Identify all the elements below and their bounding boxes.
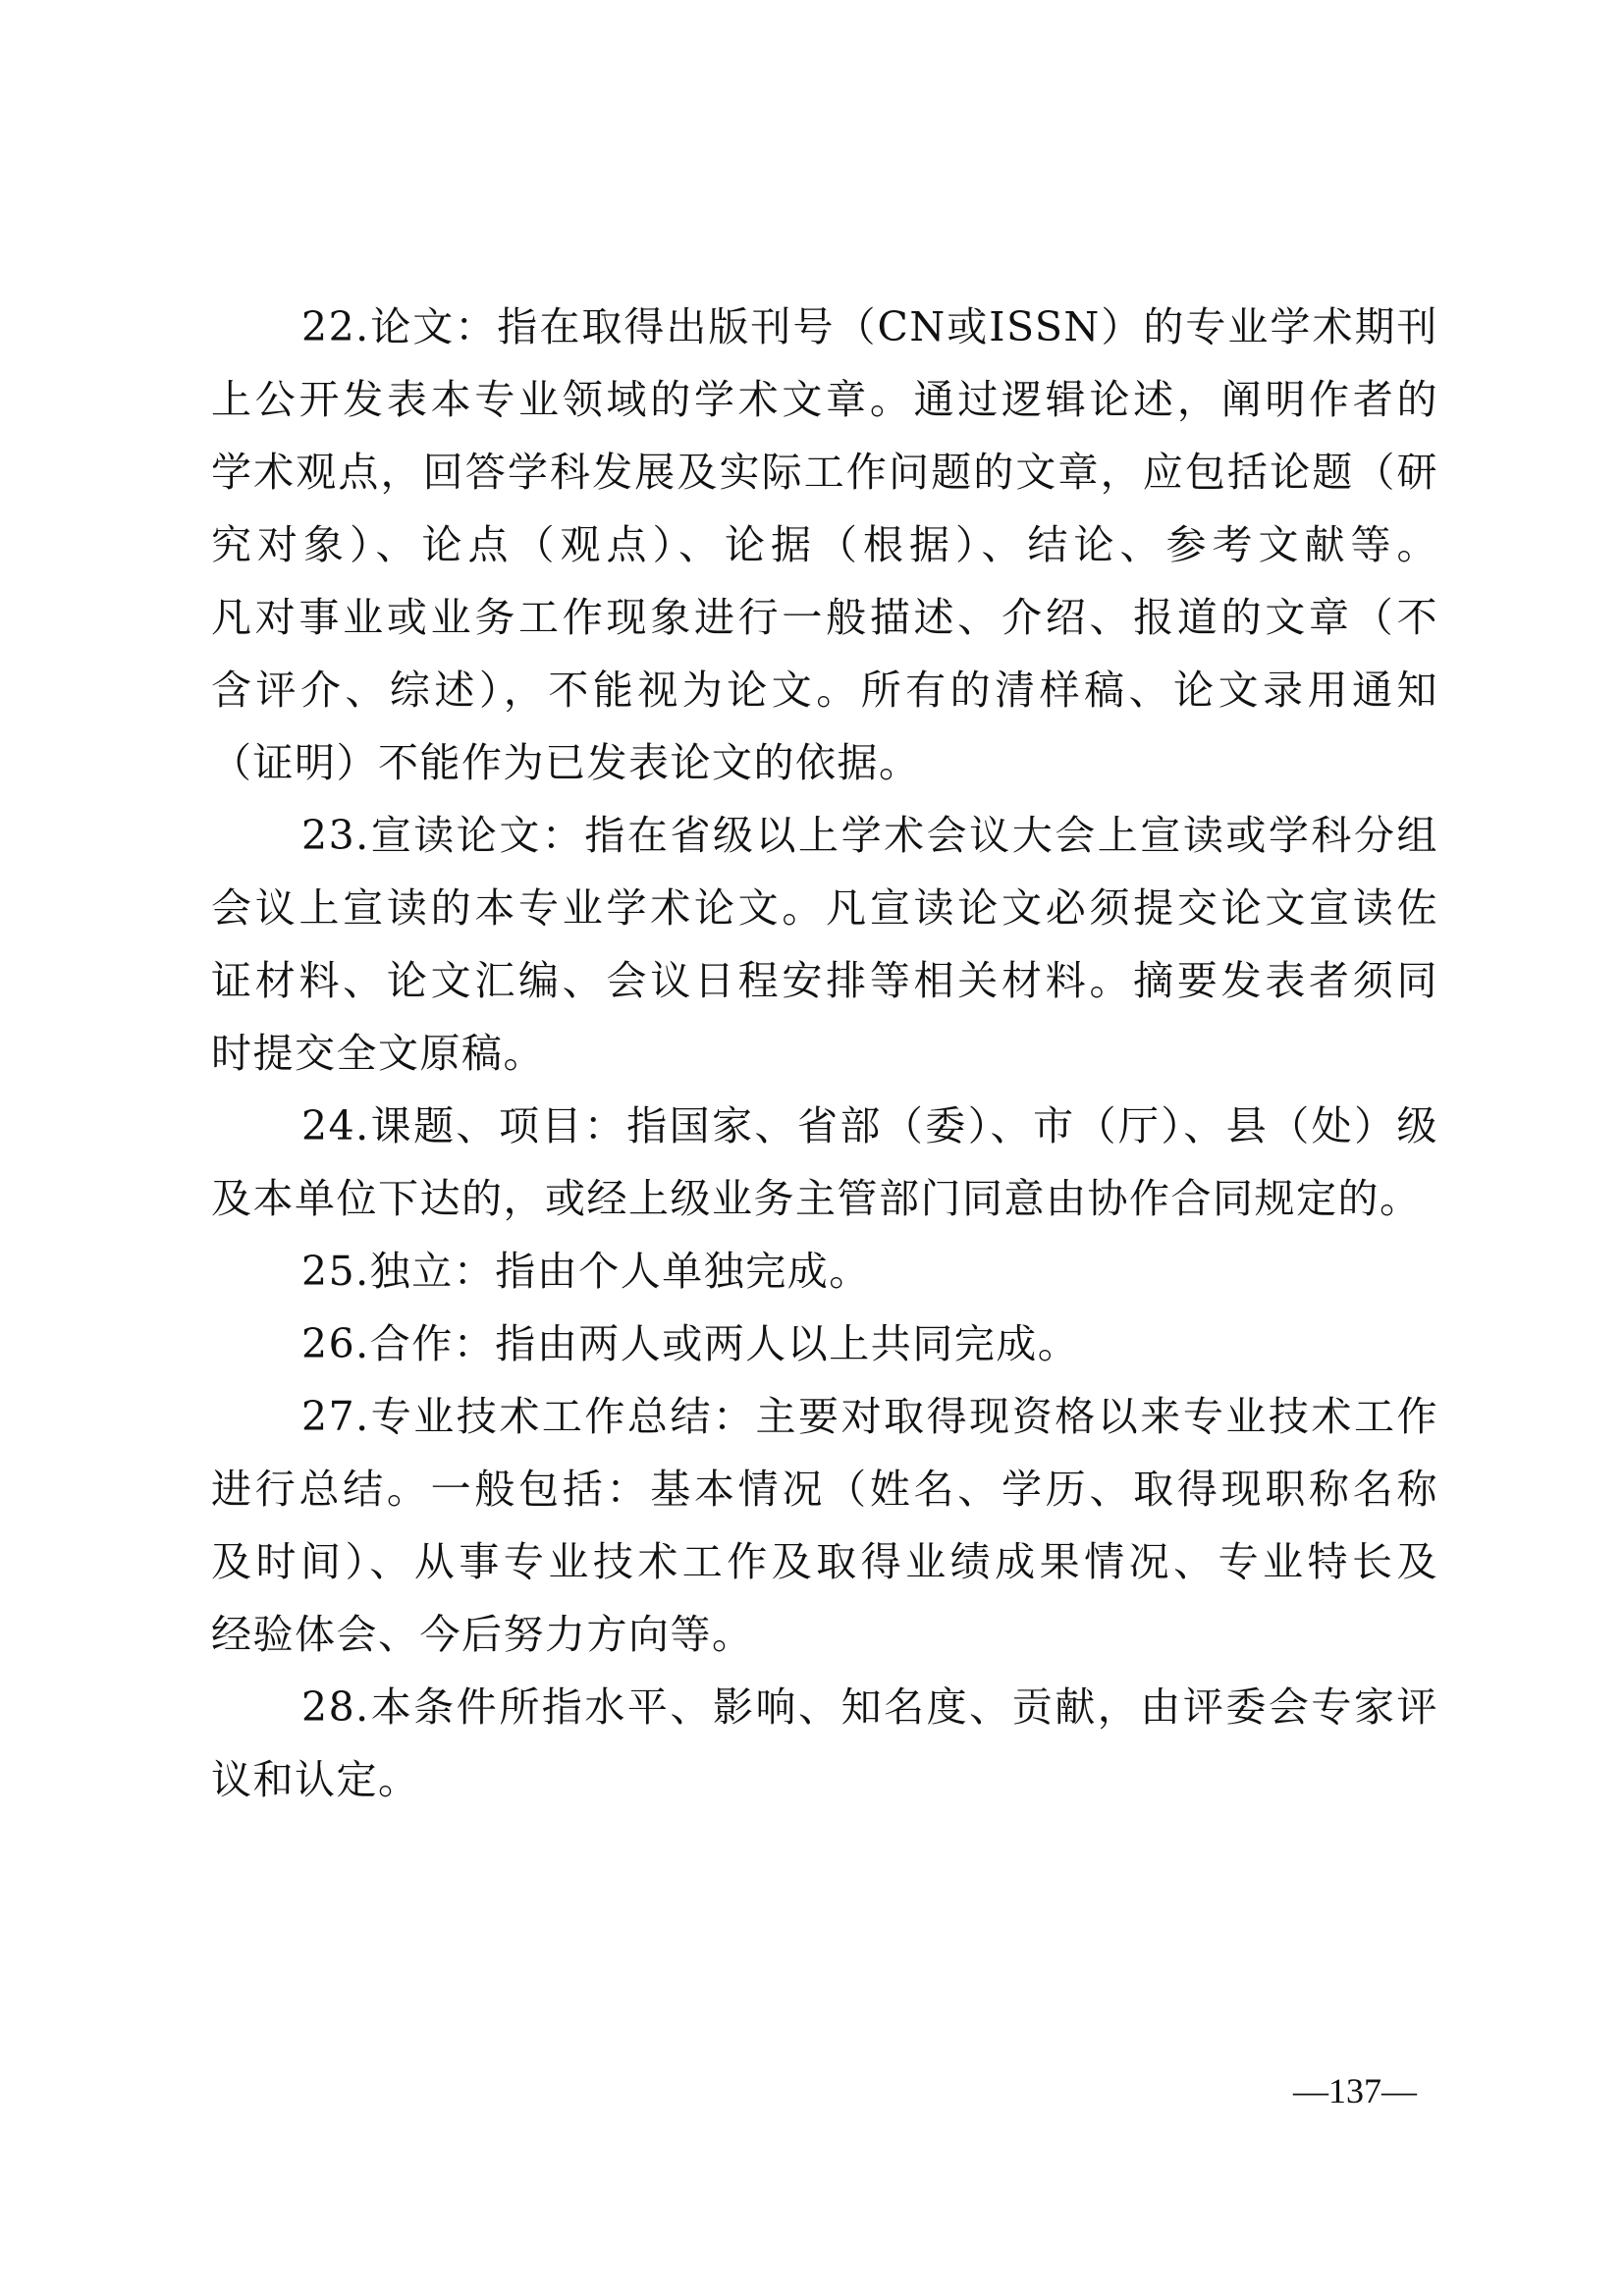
paragraph-line: 证材料、论文汇编、会议日程安排等相关材料。摘要发表者须同 (211, 944, 1438, 1017)
paragraph-line: 时提交全文原稿。 (211, 1017, 1438, 1090)
paragraph-line: 会议上宣读的本专业学术论文。凡宣读论文必须提交论文宣读佐 (211, 872, 1438, 944)
paragraph-line: 上公开发表本专业领域的学术文章。通过逻辑论述，阐明作者的 (211, 363, 1438, 436)
paragraph-line: 经验体会、今后努力方向等。 (211, 1598, 1438, 1671)
page-number: —137— (1276, 2066, 1434, 2115)
paragraph-line: 议和认定。 (211, 1743, 1438, 1816)
paragraph-line: 学术观点，回答学科发展及实际工作问题的文章，应包括论题（研 (211, 436, 1438, 508)
paragraph-line: 凡对事业或业务工作现象进行一般描述、介绍、报道的文章（不 (211, 581, 1438, 654)
paragraph-line: 23.宣读论文：指在省级以上学术会议大会上宣读或学科分组 (301, 799, 1438, 872)
paragraph-line: 及时间）、从事专业技术工作及取得业绩成果情况、专业特长及 (211, 1525, 1438, 1598)
paragraph-line: （证明）不能作为已发表论文的依据。 (211, 726, 1438, 799)
paragraph-line: 22.论文：指在取得出版刊号（CN或ISSN）的专业学术期刊 (301, 291, 1438, 363)
paragraph-line: 及本单位下达的，或经上级业务主管部门同意由协作合同规定的。 (211, 1162, 1438, 1235)
paragraph-line: 进行总结。一般包括：基本情况（姓名、学历、取得现职称名称 (211, 1453, 1438, 1525)
paragraph-line: 28.本条件所指水平、影响、知名度、贡献，由评委会专家评 (301, 1671, 1438, 1743)
document-page: 22.论文：指在取得出版刊号（CN或ISSN）的专业学术期刊 上公开发表本专业领… (0, 0, 1624, 2296)
paragraph-line: 27.专业技术工作总结：主要对取得现资格以来专业技术工作 (301, 1380, 1438, 1453)
paragraph-line: 含评介、综述），不能视为论文。所有的清样稿、论文录用通知 (211, 654, 1438, 726)
paragraph-line: 26.合作：指由两人或两人以上共同完成。 (301, 1308, 1438, 1380)
paragraph-line: 25.独立：指由个人单独完成。 (301, 1235, 1438, 1308)
paragraph-line: 究对象）、论点（观点）、论据（根据）、结论、参考文献等。 (211, 508, 1438, 581)
paragraph-line: 24.课题、项目：指国家、省部（委）、市（厅）、县（处）级 (301, 1090, 1438, 1162)
